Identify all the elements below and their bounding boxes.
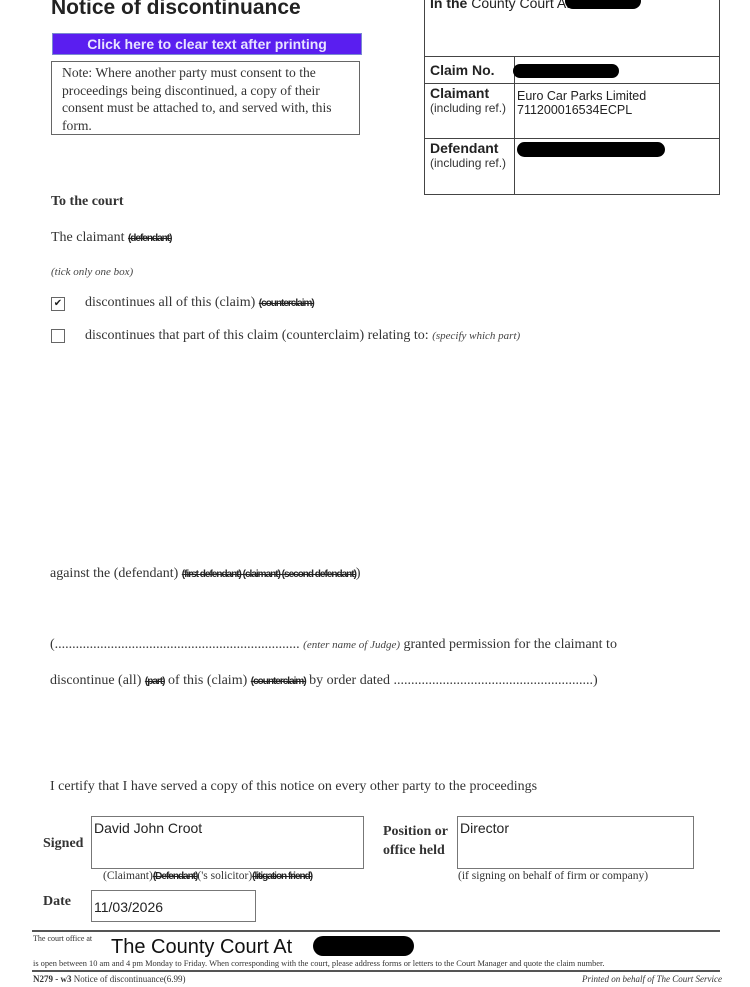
struck-defendant-text: (defendant) <box>128 233 171 244</box>
court-details-box: In the County Court At Claim No. Claiman… <box>424 0 720 195</box>
discontinue-all-option: discontinues all of this (claim) (counte… <box>85 295 314 311</box>
discontinue-mid: of this (claim) <box>168 673 247 688</box>
court-office-at-label: The court office at <box>33 934 92 943</box>
footer-divider <box>32 930 720 932</box>
form-code-line: N279 - w3 Notice of discontinuance(6.99) <box>33 974 185 984</box>
divider <box>425 138 719 139</box>
judge-permission-line: (.......................................… <box>50 637 617 653</box>
footer-court-name: The County Court At <box>111 936 292 959</box>
specify-part-hint: (specify which part) <box>432 330 520 342</box>
clear-text-button[interactable]: Click here to clear text after printing <box>52 33 362 55</box>
redaction-defendant-name <box>517 142 665 157</box>
discontinue-part-option: discontinues that part of this claim (co… <box>85 328 520 344</box>
certify-statement: I certify that I have served a copy of t… <box>50 779 537 795</box>
order-dated-line: discontinue (all) (part) of this (claim)… <box>50 673 598 689</box>
struck-counterclaim-text-2: (counterclaim) <box>251 676 306 687</box>
date-label: Date <box>43 894 71 910</box>
date-field[interactable]: 11/03/2026 <box>91 890 256 922</box>
position-label: Position or office held <box>383 822 448 860</box>
discontinue-part-label: discontinues that part of this claim (co… <box>85 328 429 343</box>
struck-part-text: (part) <box>145 676 165 687</box>
discontinue-prefix: discontinue (all) <box>50 673 141 688</box>
struck-defendant-caption: (Defendant) <box>153 871 198 882</box>
printed-by-text: Printed on behalf of The Court Service <box>582 974 722 984</box>
consent-note: Note: Where another party must consent t… <box>51 61 360 135</box>
permission-text: granted permission for the claimant to <box>404 637 617 652</box>
divider <box>425 83 719 84</box>
divider <box>514 57 515 194</box>
claimant-name[interactable]: Euro Car Parks Limited <box>517 89 646 103</box>
redaction-court-name <box>565 0 641 9</box>
position-caption: (if signing on behalf of firm or company… <box>458 870 648 882</box>
struck-parties-text: (first defendant) (claimant) (second def… <box>182 569 356 580</box>
struck-litigation-friend-caption: (litigation friend) <box>252 871 312 882</box>
signed-label: Signed <box>43 836 83 852</box>
discontinue-part-checkbox[interactable] <box>51 329 65 343</box>
claimant-label: Claimant <box>430 85 489 101</box>
court-name-value: County Court At <box>471 0 570 11</box>
defendant-label: Defendant <box>430 140 498 156</box>
defendant-sub-label: (including ref.) <box>430 156 506 171</box>
divider <box>425 56 719 57</box>
against-prefix: against the (defendant) <box>50 566 178 581</box>
claimant-prefix: The claimant <box>51 230 124 245</box>
judge-name-hint: (enter name of Judge) <box>303 639 400 651</box>
footer-divider <box>32 970 720 972</box>
claimant-sub-label: (including ref.) <box>430 101 506 116</box>
claimant-reference[interactable]: 711200016534ECPL <box>517 103 632 117</box>
discontinue-all-label: discontinues all of this (claim) <box>85 295 255 310</box>
in-the-row: In the County Court At <box>430 0 570 11</box>
signed-caption: (Claimant)(Defendant)('s solicitor)(liti… <box>103 870 312 882</box>
opening-hours-text: is open between 10 am and 4 pm Monday to… <box>33 959 604 968</box>
struck-counterclaim-text: (counterclaim) <box>259 298 314 309</box>
claimant-label-group: Claimant (including ref.) <box>430 86 506 116</box>
form-name: Notice of discontinuance(6.99) <box>74 974 186 984</box>
defendant-label-group: Defendant (including ref.) <box>430 141 506 171</box>
against-defendant-line: against the (defendant) (first defendant… <box>50 566 361 582</box>
position-field[interactable]: Director <box>457 816 694 869</box>
to-the-court-heading: To the court <box>51 194 124 210</box>
redaction-claim-number <box>513 64 619 78</box>
tick-instruction: (tick only one box) <box>51 266 133 278</box>
in-the-label: In the <box>430 0 467 11</box>
claim-no-label: Claim No. <box>430 63 495 78</box>
claimant-line: The claimant (defendant) <box>51 230 171 246</box>
judge-name-blank[interactable]: (.......................................… <box>50 637 300 652</box>
page-title: Notice of discontinuance <box>51 0 301 20</box>
discontinue-all-checkbox[interactable]: ✔ <box>51 297 65 311</box>
redaction-footer-court <box>313 936 414 956</box>
order-dated-blank[interactable]: by order dated .........................… <box>309 673 598 688</box>
signed-field[interactable]: David John Croot <box>91 816 364 869</box>
form-code: N279 - w3 <box>33 974 72 984</box>
